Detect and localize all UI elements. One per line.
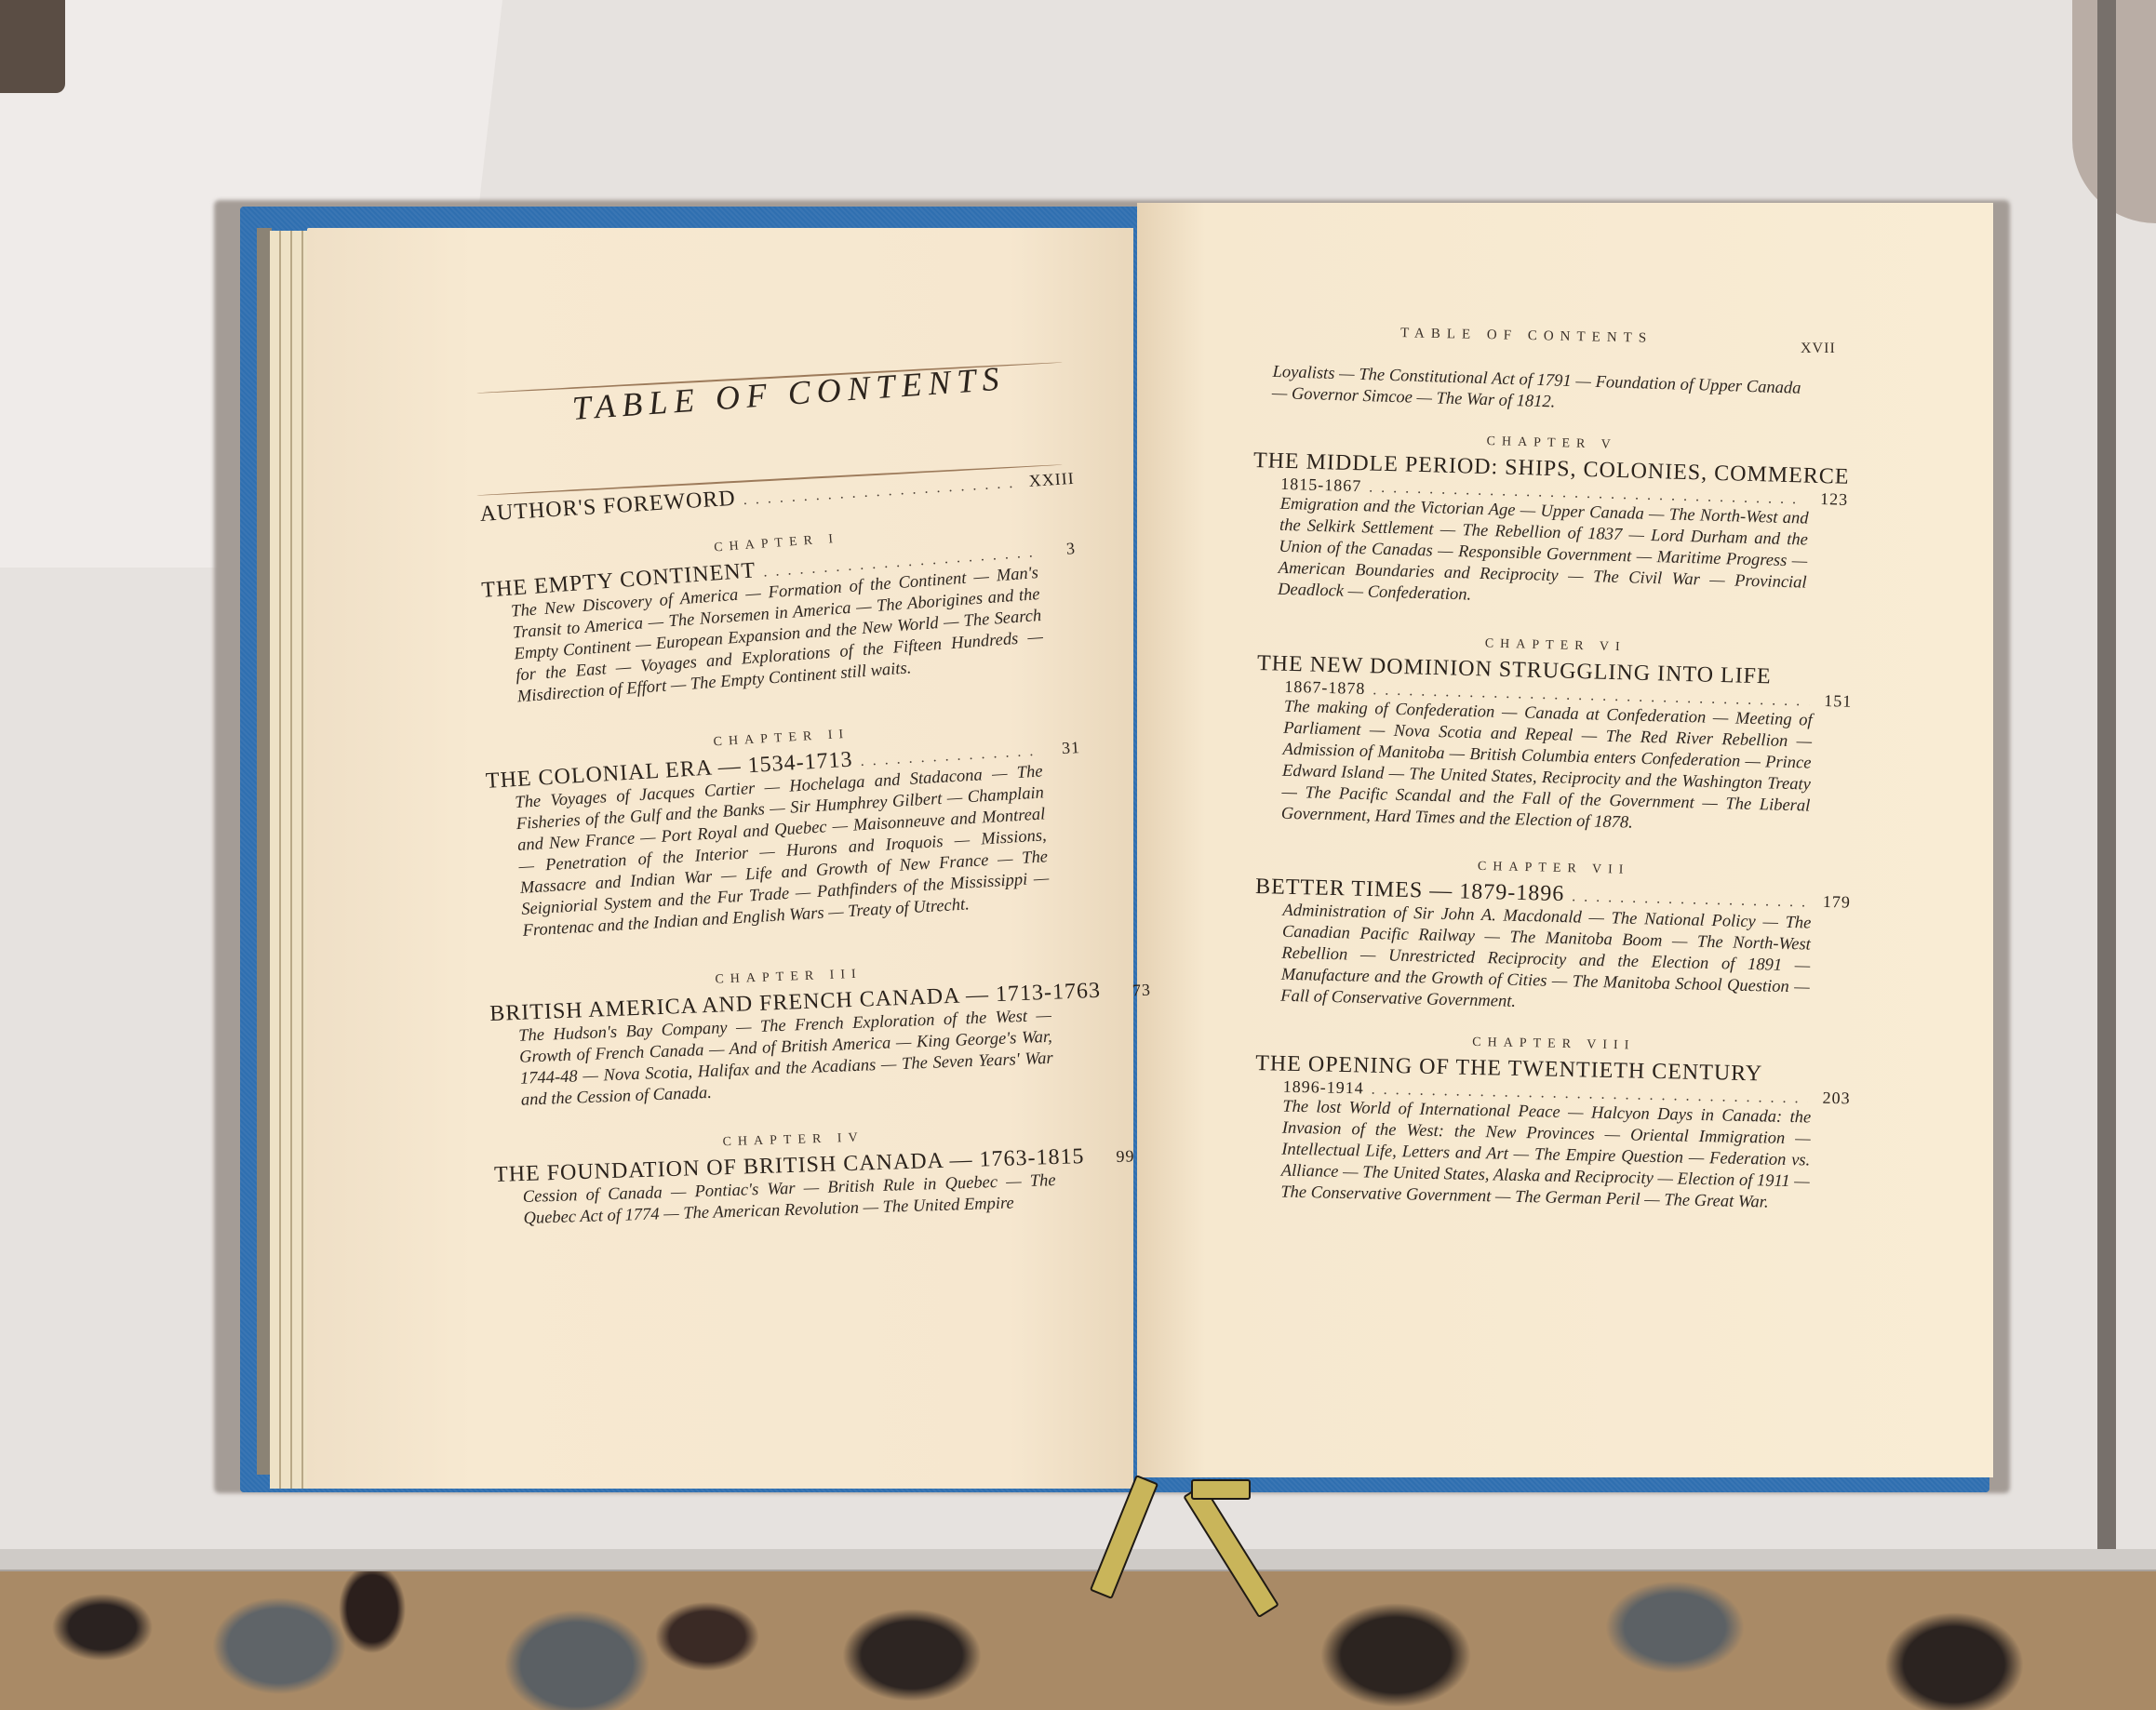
- patterned-carpet: [0, 1571, 2156, 1710]
- toc-entry-chapter-4[interactable]: CHAPTER IV THE FOUNDATION OF BRITISH CAN…: [493, 1124, 1096, 1231]
- page-number: 123: [1813, 489, 1849, 510]
- ribbon-bookmark-loop: [1191, 1479, 1251, 1500]
- toc-entry-chapter-8[interactable]: CHAPTER VIII THE OPENING OF THE TWENTIET…: [1252, 1031, 1852, 1215]
- toc-entry-chapter-3[interactable]: CHAPTER III BRITISH AMERICA AND FRENCH C…: [489, 958, 1093, 1113]
- toc-entry-chapter-2[interactable]: CHAPTER II THE COLONIAL ERA — 1534-1713 …: [484, 714, 1090, 944]
- table-edge: [0, 1549, 2156, 1571]
- page-number: 179: [1815, 892, 1852, 913]
- page-number: 203: [1815, 1089, 1850, 1109]
- entry-description: The lost World of International Peace — …: [1252, 1096, 1850, 1215]
- toc-entry-chapter-6[interactable]: CHAPTER VI THE NEW DOMINION STRUGGLING I…: [1253, 631, 1854, 840]
- toc-entry-chapter-7[interactable]: CHAPTER VII BETTER TIMES — 1879-1896 ...…: [1252, 854, 1852, 1022]
- entry-description: The making of Confederation — Canada at …: [1253, 696, 1852, 840]
- entry-description: Emigration and the Victorian Age — Upper…: [1250, 493, 1848, 617]
- page-number: XXIII: [1028, 469, 1075, 491]
- entry-years: 1896-1914: [1283, 1077, 1364, 1099]
- folio-page-number: XVII: [1801, 341, 1836, 357]
- leader-dots: ....: [1091, 1151, 1092, 1168]
- page-number: 73: [1116, 981, 1152, 1001]
- toc-entry-chapter-5[interactable]: CHAPTER V THE MIDDLE PERIOD: SHIPS, COLO…: [1250, 428, 1850, 617]
- entry-years: 1815-1867: [1280, 474, 1362, 496]
- binder-clip: [0, 0, 65, 93]
- entry-years: 1867-1878: [1284, 677, 1366, 699]
- table-gap: [2097, 0, 2116, 1582]
- page-number: 3: [1039, 539, 1076, 561]
- page-number: 31: [1044, 738, 1080, 759]
- entry-description: Administration of Sir John A. Macdonald …: [1252, 900, 1851, 1022]
- page-number: 99: [1099, 1146, 1135, 1167]
- page-number: 151: [1816, 691, 1853, 712]
